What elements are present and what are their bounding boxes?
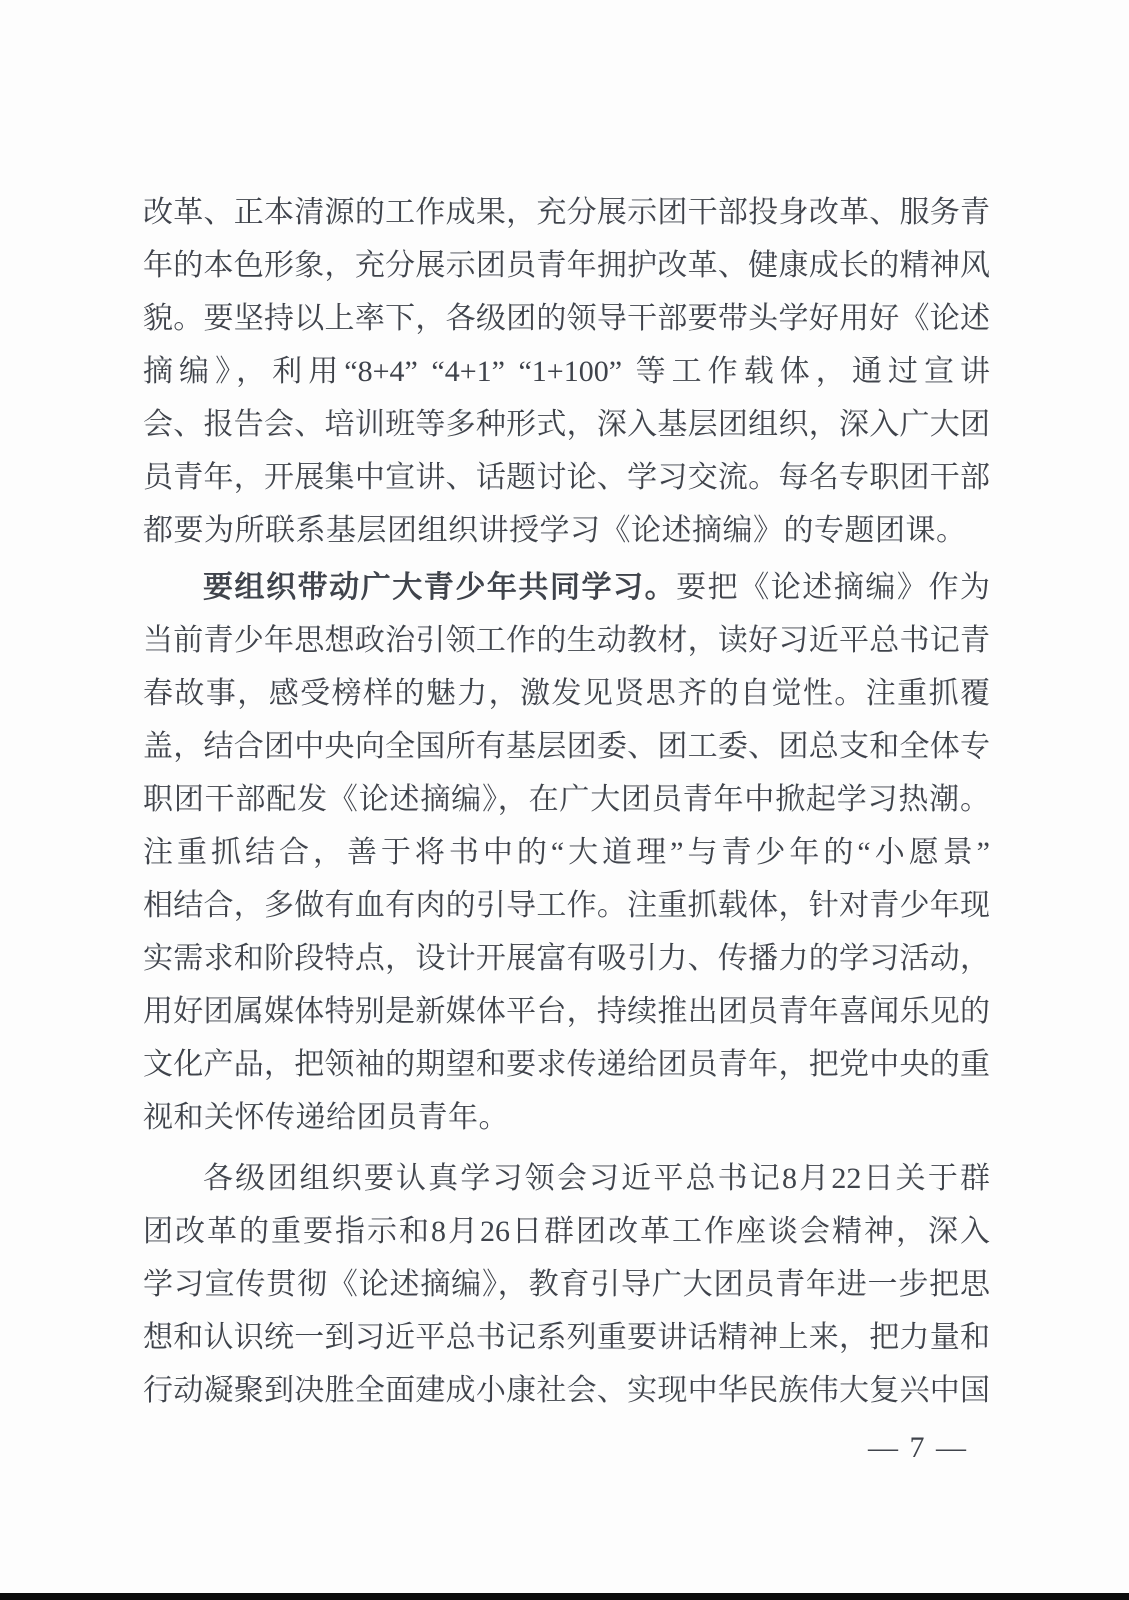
text-line: 摘编》，利用“8+4” “4+1” “1+100” 等工作载体，通过宣讲	[143, 345, 990, 398]
text-line: 学习宣传贯彻《论述摘编》，教育引导广大团员青年进一步把思	[143, 1258, 990, 1311]
body-text: 行动凝聚到决胜全面建成小康社会、实现中华民族伟大复兴中国	[143, 1374, 990, 1407]
text-line: 注重抓结合，善于将书中的“大道理”与青少年的“小愿景”	[143, 826, 990, 879]
text-line: 文化产品，把领袖的期望和要求传递给团员青年，把党中央的重	[143, 1038, 990, 1091]
text-line: 职团干部配发《论述摘编》，在广大团员青年中掀起学习热潮。	[143, 773, 990, 826]
text-line: 员青年，开展集中宣讲、话题讨论、学习交流。每名专职团干部	[143, 451, 990, 504]
text-line: 想和认识统一到习近平总书记系列重要讲话精神上来，把力量和	[143, 1311, 990, 1364]
body-text: 视和关怀传递给团员青年。	[143, 1101, 509, 1134]
body-text: 春故事，感受榜样的魅力，激发见贤思齐的自觉性。注重抓覆	[143, 677, 990, 710]
body-text: 相结合，多做有血有肉的引导工作。注重抓载体，针对青少年现	[143, 889, 990, 922]
paragraph: 改革、正本清源的工作成果，充分展示团干部投身改革、服务青年的本色形象，充分展示团…	[143, 186, 990, 557]
body-text: 团改革的重要指示和8月26日群团改革工作座谈会精神，深入	[143, 1215, 990, 1248]
body-text: 实需求和阶段特点，设计开展富有吸引力、传播力的学习活动，	[143, 942, 990, 975]
text-line: 各级团组织要认真学习领会习近平总书记8月22日关于群	[143, 1152, 990, 1205]
body-text: 会、报告会、培训班等多种形式，深入基层团组织，深入广大团	[143, 408, 990, 441]
text-line: 会、报告会、培训班等多种形式，深入基层团组织，深入广大团	[143, 398, 990, 451]
bold-lead-text: 要组织带动广大青少年共同学习。	[203, 571, 676, 604]
body-text: 各级团组织要认真学习领会习近平总书记8月22日关于群	[203, 1162, 990, 1195]
text-line: 要组织带动广大青少年共同学习。要把《论述摘编》作为	[143, 561, 990, 614]
paragraph: 要组织带动广大青少年共同学习。要把《论述摘编》作为当前青少年思想政治引领工作的生…	[143, 561, 990, 1144]
page-number: — 7 —	[868, 1428, 968, 1468]
text-line: 团改革的重要指示和8月26日群团改革工作座谈会精神，深入	[143, 1205, 990, 1258]
text-line: 实需求和阶段特点，设计开展富有吸引力、传播力的学习活动，	[143, 932, 990, 985]
text-line: 视和关怀传递给团员青年。	[143, 1091, 990, 1144]
body-text: 貌。要坚持以上率下，各级团的领导干部要带头学好用好《论述	[143, 302, 990, 335]
text-line: 年的本色形象，充分展示团员青年拥护改革、健康成长的精神风	[143, 239, 990, 292]
body-text: 员青年，开展集中宣讲、话题讨论、学习交流。每名专职团干部	[143, 461, 990, 494]
text-line: 春故事，感受榜样的魅力，激发见贤思齐的自觉性。注重抓覆	[143, 667, 990, 720]
body-text: 用好团属媒体特别是新媒体平台，持续推出团员青年喜闻乐见的	[143, 995, 990, 1028]
document-page: 改革、正本清源的工作成果，充分展示团干部投身改革、服务青年的本色形象，充分展示团…	[0, 0, 1129, 1600]
scan-edge-bar	[0, 1593, 1129, 1600]
body-text: 注重抓结合，善于将书中的“大道理”与青少年的“小愿景”	[143, 836, 990, 869]
body-text: 要把《论述摘编》作为	[676, 571, 990, 604]
body-text: 改革、正本清源的工作成果，充分展示团干部投身改革、服务青	[143, 196, 990, 229]
paragraph: 各级团组织要认真学习领会习近平总书记8月22日关于群团改革的重要指示和8月26日…	[143, 1152, 990, 1417]
body-text: 摘编》，利用“8+4” “4+1” “1+100” 等工作载体，通过宣讲	[143, 355, 990, 388]
text-line: 都要为所联系基层团组织讲授学习《论述摘编》的专题团课。	[143, 504, 990, 557]
body-text: 年的本色形象，充分展示团员青年拥护改革、健康成长的精神风	[143, 249, 990, 282]
text-line: 用好团属媒体特别是新媒体平台，持续推出团员青年喜闻乐见的	[143, 985, 990, 1038]
body-text: 职团干部配发《论述摘编》，在广大团员青年中掀起学习热潮。	[143, 783, 990, 816]
text-line: 行动凝聚到决胜全面建成小康社会、实现中华民族伟大复兴中国	[143, 1364, 990, 1417]
text-line: 盖，结合团中央向全国所有基层团委、团工委、团总支和全体专	[143, 720, 990, 773]
text-line: 当前青少年思想政治引领工作的生动教材，读好习近平总书记青	[143, 614, 990, 667]
text-line: 相结合，多做有血有肉的引导工作。注重抓载体，针对青少年现	[143, 879, 990, 932]
body-text: 当前青少年思想政治引领工作的生动教材，读好习近平总书记青	[143, 624, 990, 657]
document-body: 改革、正本清源的工作成果，充分展示团干部投身改革、服务青年的本色形象，充分展示团…	[143, 186, 990, 1417]
body-text: 盖，结合团中央向全国所有基层团委、团工委、团总支和全体专	[143, 730, 990, 763]
text-line: 貌。要坚持以上率下，各级团的领导干部要带头学好用好《论述	[143, 292, 990, 345]
body-text: 想和认识统一到习近平总书记系列重要讲话精神上来，把力量和	[143, 1321, 990, 1354]
body-text: 学习宣传贯彻《论述摘编》，教育引导广大团员青年进一步把思	[143, 1268, 990, 1301]
body-text: 都要为所联系基层团组织讲授学习《论述摘编》的专题团课。	[143, 514, 967, 547]
text-line: 改革、正本清源的工作成果，充分展示团干部投身改革、服务青	[143, 186, 990, 239]
body-text: 文化产品，把领袖的期望和要求传递给团员青年，把党中央的重	[143, 1048, 990, 1081]
